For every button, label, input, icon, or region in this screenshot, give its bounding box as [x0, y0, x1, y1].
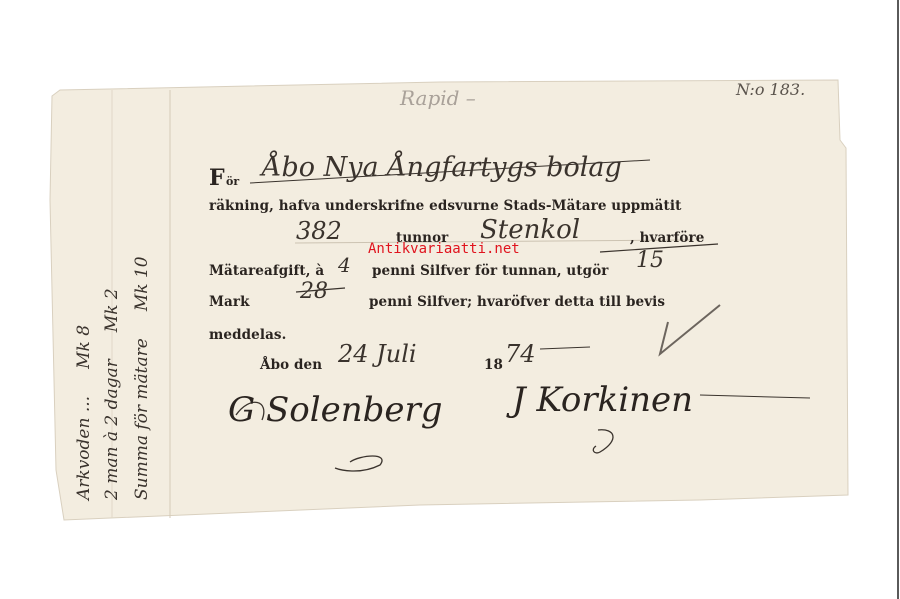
date-day-month: 24 Juli: [338, 340, 417, 368]
margin-note-1-text: Arkvoden ...: [74, 396, 94, 500]
date-year-prefix: 18: [484, 357, 503, 373]
fee-label: Mätareafgift, à: [209, 263, 324, 279]
form-text-line-6: meddelas.: [209, 327, 286, 343]
margin-note-3: Summa för mätare Mk 10: [132, 256, 152, 500]
payer-name: Åbo Nya Ångfartygs bolag: [262, 152, 622, 183]
margin-note-1: Arkvoden ... Mk 8: [74, 325, 94, 500]
rate-value: 4: [338, 253, 351, 277]
margin-note-2: 2 man à 2 dagar Mk 2: [102, 288, 122, 500]
penni-value: 28: [300, 279, 328, 304]
top-annotation: Rapid –: [400, 86, 476, 110]
marks-value: 15: [636, 248, 664, 273]
form-text-line-5: penni Silfver; hvaröfver detta till bevi…: [369, 294, 665, 310]
form-label-for-initial: F: [209, 165, 225, 191]
form-text-line-4: penni Silfver för tunnan, utgör: [372, 263, 609, 279]
signature-2: J Korkinen: [512, 380, 693, 420]
form-text-line-3-suffix: , hvarföre: [630, 230, 704, 246]
mark-label: Mark: [209, 294, 250, 310]
document-sheet: Rapid – N:o 183. F ör Åbo Nya Ångfartygs…: [0, 0, 900, 599]
margin-note-3-text: Summa för mätare: [132, 338, 152, 500]
signature-1: G Solenberg: [228, 390, 443, 430]
margin-note-1-amount: Mk 8: [74, 325, 94, 369]
margin-note-2-text: 2 man à 2 dagar: [102, 359, 122, 500]
serial-number: N:o 183.: [736, 80, 805, 99]
watermark-text: Antikvariaatti.net: [368, 241, 520, 257]
form-label-for-rest: ör: [226, 175, 239, 188]
margin-note-3-amount: Mk 10: [132, 256, 152, 311]
margin-note-2-amount: Mk 2: [102, 288, 122, 332]
date-year-suffix: 74: [505, 340, 536, 368]
date-place-label: Åbo den: [260, 357, 322, 373]
quantity-value: 382: [296, 217, 342, 245]
form-text-line-2: räkning, hafva underskrifne edsvurne Sta…: [209, 198, 681, 214]
